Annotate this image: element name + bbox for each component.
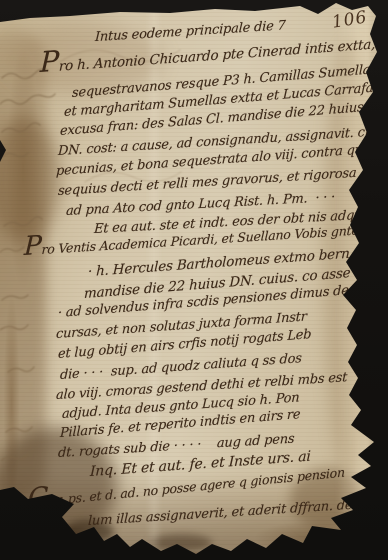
photo-background: 106 Intus eodeme principale die 7 Pro h.…	[0, 0, 388, 560]
manuscript-page: 106 Intus eodeme principale die 7 Pro h.…	[0, 0, 388, 560]
